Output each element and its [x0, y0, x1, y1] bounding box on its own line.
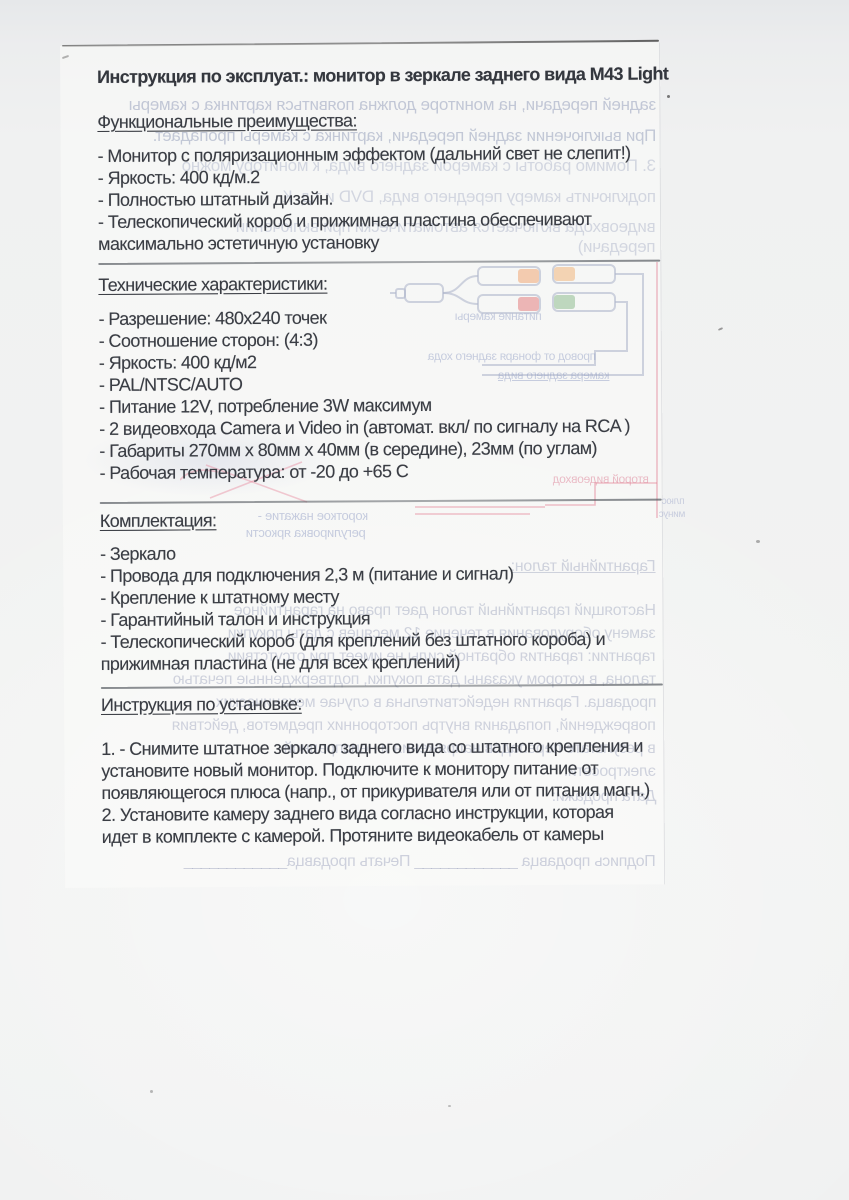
- section-divider: [101, 684, 663, 689]
- section-heading-features: Функциональные преимущества:: [97, 107, 675, 133]
- scan-speck: [448, 1105, 451, 1107]
- page-title: Инструкция по эксплуат.: монитор в зерка…: [97, 62, 675, 88]
- scan-speck: [150, 1090, 153, 1093]
- spec-line: - Габариты 270мм х 80мм х 40мм (в середи…: [99, 436, 677, 462]
- package-line: прижимная пластина (не для всех креплени…: [101, 649, 679, 675]
- feature-line: - Телескопический короб и прижимная плас…: [98, 207, 676, 233]
- feature-line: максимально эстетичную установку: [98, 229, 676, 255]
- section-divider: [98, 260, 660, 265]
- package-line: - Телескопический короб (для креплений б…: [101, 627, 679, 653]
- spec-line: - Рабочая температура: от -20 до +65 С: [99, 458, 677, 484]
- section-divider: [100, 499, 662, 504]
- section-heading-package: Комплектация:: [100, 506, 678, 532]
- scanned-instruction-page: задней передачи, на мониторе должна появ…: [0, 0, 849, 1200]
- section-heading-install: Инструкция по установке:: [101, 690, 679, 716]
- section-heading-specs: Технические характеристики:: [98, 270, 676, 296]
- document-content: Инструкция по эксплуат.: монитор в зерка…: [97, 54, 680, 848]
- feature-line: - Монитор с поляризационным эффектом (да…: [98, 141, 676, 167]
- scan-speck: [756, 540, 760, 543]
- install-line: идет в комплекте с камерой. Протяните ви…: [102, 822, 680, 848]
- scan-speck: [718, 327, 723, 331]
- bleedthrough-signature-line: Подпись продавца ____________ Печать про…: [184, 853, 656, 871]
